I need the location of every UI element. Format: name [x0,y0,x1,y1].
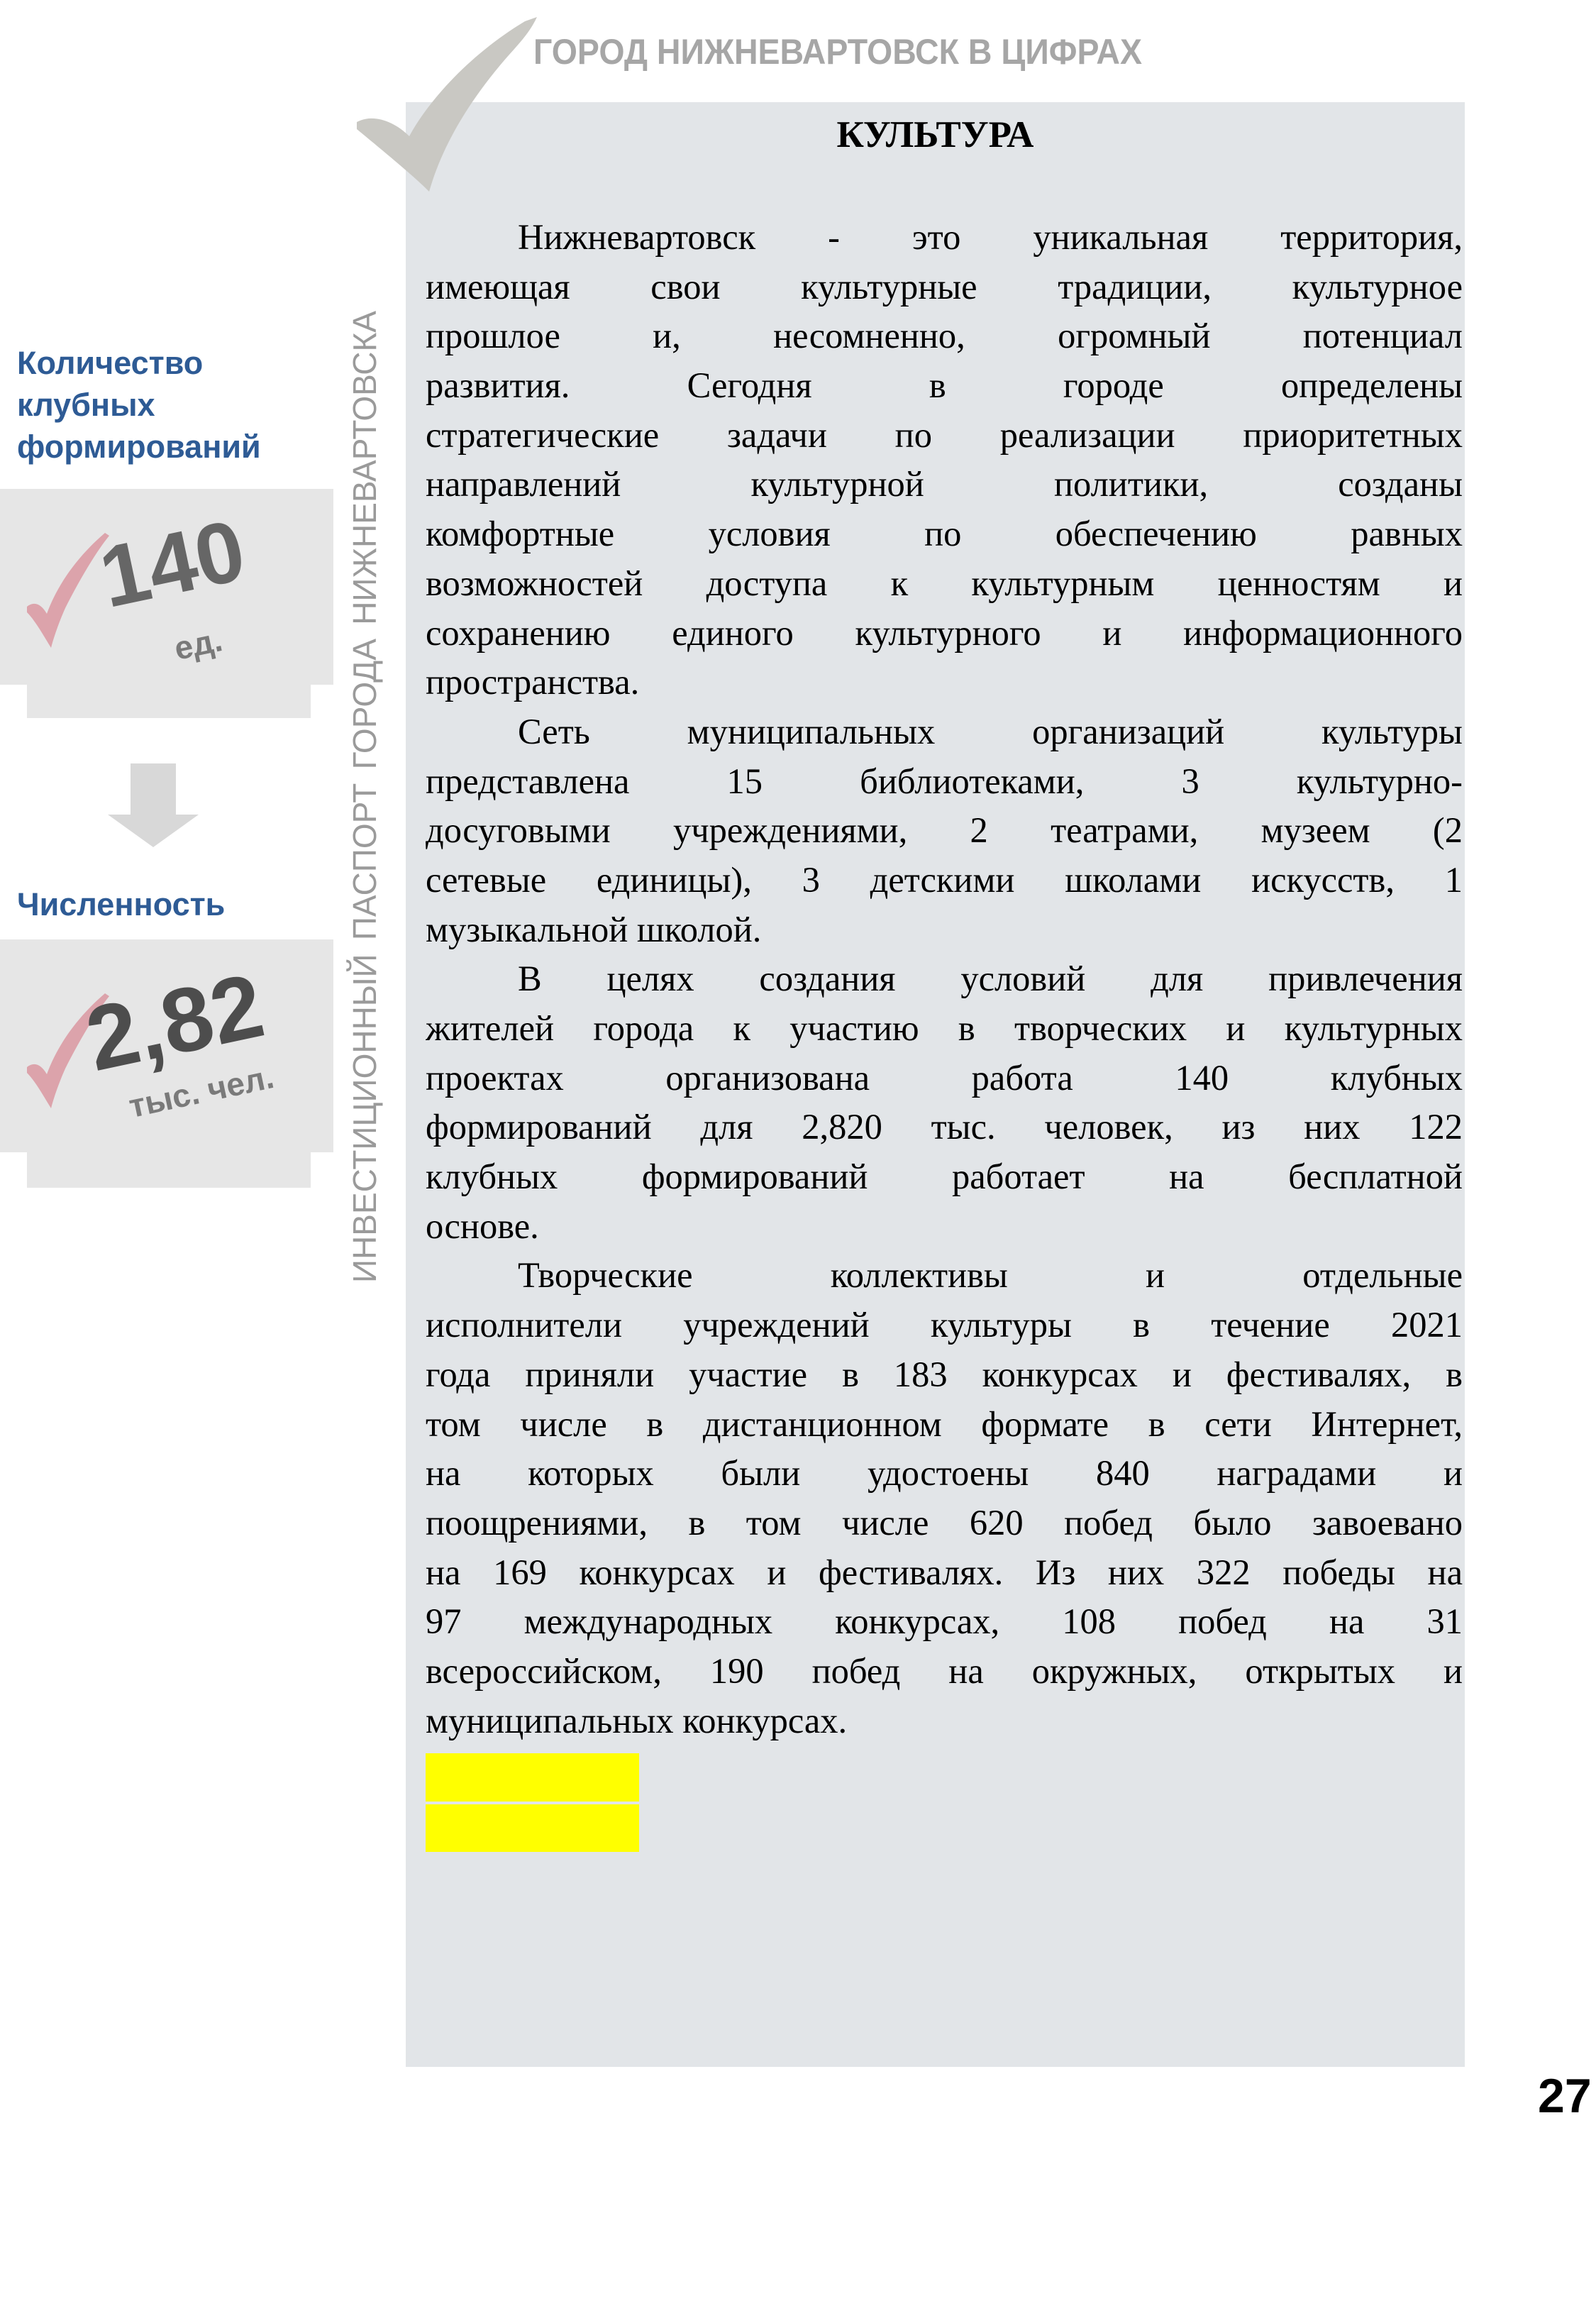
text-line: возможностей доступа к культурным ценнос… [426,559,1463,609]
text-line: том числе в дистанционном формате в сети… [426,1400,1463,1450]
text-line: основе. [426,1202,1463,1252]
text-line: Сеть муниципальных организаций культуры [426,707,1463,757]
stat-box-tab [27,1152,311,1188]
text-line: прошлое и, несомненно, огромный потенциа… [426,311,1463,361]
text-line: муниципальных конкурсах. [426,1697,1463,1746]
text-line: года приняли участие в 183 конкурсах и ф… [426,1350,1463,1400]
text-line: поощрениями, в том числе 620 побед было … [426,1499,1463,1548]
highlight-box [426,1753,639,1802]
page-number: 27 [1538,2068,1592,2124]
text-line: клубных формирований работает на бесплат… [426,1152,1463,1202]
stat-label-line: клубных [17,384,261,426]
text-line: стратегические задачи по реализации прио… [426,411,1463,460]
text-line: комфортные условия по обеспечению равных [426,509,1463,559]
text-line: проектах организована работа 140 клубных [426,1054,1463,1103]
text-line: сохранению единого культурного и информа… [426,609,1463,658]
text-line: 97 международных конкурсах, 108 побед на… [426,1597,1463,1647]
section-title: КУЛЬТУРА [406,114,1465,156]
text-line: пространства. [426,658,1463,707]
text-line: формирований для 2,820 тыс. человек, из … [426,1103,1463,1152]
text-line: Творческие коллективы и отдельные [426,1251,1463,1301]
arrow-down-icon [108,763,199,847]
text-line: на которых были удостоены 840 наградами … [426,1449,1463,1499]
highlight-box [426,1804,639,1852]
stat-label-line: Численность [17,883,257,925]
text-line: Нижневартовск - это уникальная территори… [426,213,1463,263]
text-line: жителей города к участию в творческих и … [426,1004,1463,1054]
stat-label-line: формирований [17,426,261,468]
text-line: досуговыми учреждениями, 2 театрами, муз… [426,806,1463,856]
stat-label-line: Количество [17,342,261,384]
text-line: сетевые единицы), 3 детскими школами иск… [426,856,1463,905]
stat-box-tab [27,685,311,718]
text-line: исполнители учреждений культуры в течени… [426,1301,1463,1350]
checkmark-icon [351,14,557,192]
text-line: музыкальной школой. [426,905,1463,955]
text-line: направлений культурной политики, созданы [426,460,1463,509]
text-line: всероссийском, 190 побед на окружных, от… [426,1647,1463,1697]
side-title: ИНВЕСТИЦИОННЫЙ ПАСПОРТ ГОРОДА НИЖНЕВАРТО… [343,311,386,1283]
text-line: представлена 15 библиотеками, 3 культурн… [426,757,1463,807]
running-title: ГОРОД НИЖНЕВАРТОВСК В ЦИФРАХ [533,31,1142,72]
text-line: развития. Сегодня в городе определены [426,361,1463,411]
text-line: на 169 конкурсах и фестивалях. Из них 32… [426,1548,1463,1598]
body-text: Нижневартовск - это уникальная территори… [426,213,1463,1745]
stat-label-clubs: Количество клубных формирований [17,342,261,468]
text-line: имеющая свои культурные традиции, культу… [426,263,1463,312]
text-line: В целях создания условий для привлечения [426,954,1463,1004]
